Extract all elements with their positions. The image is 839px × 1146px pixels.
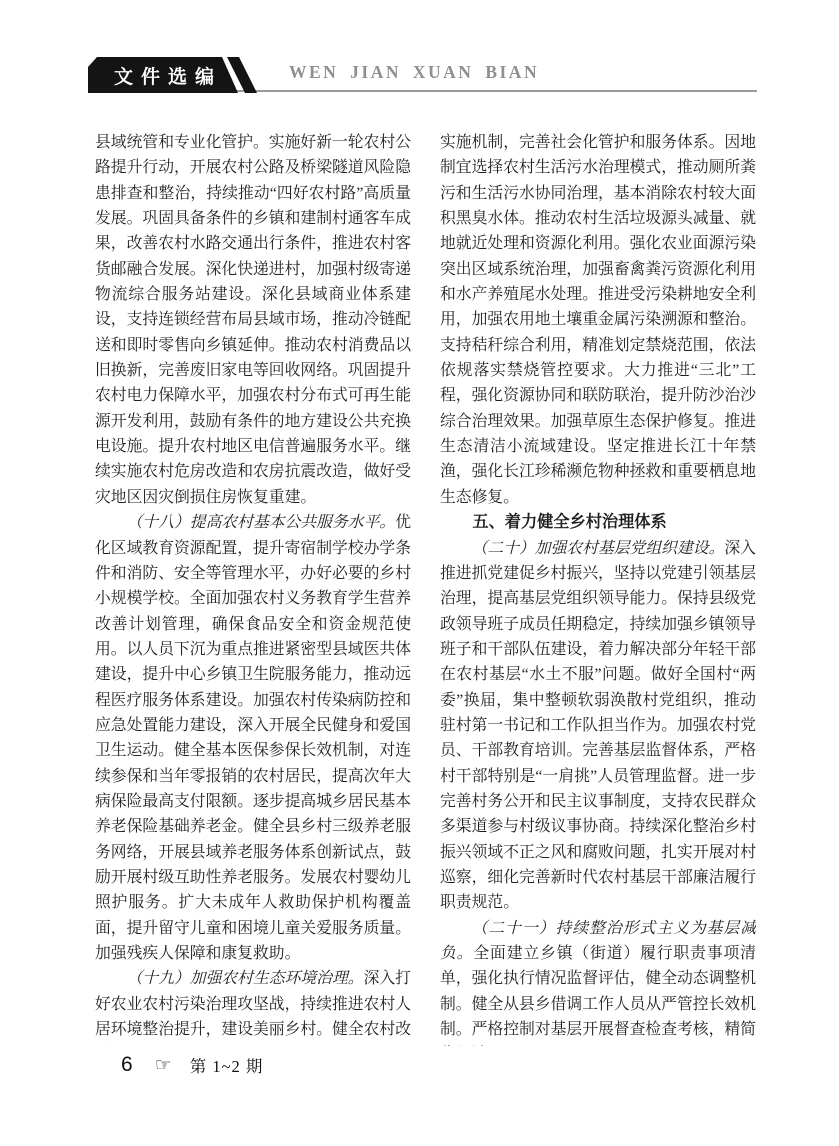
- paragraph-continuation: 县域统管和专业化管护。实施好新一轮农村公路提升行动，开展农村公路及桥梁隧道风险隐…: [95, 130, 411, 510]
- paragraph-body: 实施机制，完善社会化管护和服务体系。因地制宜选择农村生活污水治理模式，推动厕所粪…: [440, 134, 756, 506]
- pointing-hand-icon: ☞: [155, 1054, 172, 1076]
- section-heading-5: 五、着力健全乡村治理体系: [440, 510, 756, 535]
- paragraph-body: 深入推进抓党建促乡村振兴，坚持以党建引领基层治理，提高基层党组织领导能力。保持县…: [440, 540, 756, 912]
- right-column: 实施机制，完善社会化管护和服务体系。因地制宜选择农村生活污水治理模式，推动厕所粪…: [440, 130, 756, 1046]
- paragraph-18: （十八）提高农村基本公共服务水平。优化区域教育资源配置，提升寄宿制学校办学条件和…: [95, 510, 411, 966]
- masthead-pinyin-subtitle: WEN JIAN XUAN BIAN: [289, 62, 539, 83]
- paragraph-21: （二十一）持续整治形式主义为基层减负。全面建立乡镇（街道）履行职责事项清单，强化…: [440, 916, 756, 1046]
- document-page: 文件选编 WEN JIAN XUAN BIAN 县域统管和专业化管护。实施好新一…: [0, 0, 839, 1146]
- paragraph-body: 优化区域教育资源配置，提升寄宿制学校办学条件和消防、安全等管理水平，办好必要的乡…: [95, 514, 411, 962]
- footer: 6 ☞ 第 1~2 期: [121, 1051, 263, 1079]
- issue-label: 第 1~2 期: [190, 1053, 264, 1077]
- masthead-title-box: 文件选编: [88, 57, 238, 93]
- paragraph-body: 全面建立乡镇（街道）履行职责事项清单，强化执行情况监督评估，健全动态调整机制。健…: [440, 945, 756, 1046]
- paragraph-lead: （十八）提高农村基本公共服务水平。: [127, 514, 396, 531]
- page-number: 6: [121, 1053, 133, 1077]
- masthead-title: 文件选编: [104, 62, 222, 89]
- paragraph-body: 县域统管和专业化管护。实施好新一轮农村公路提升行动，开展农村公路及桥梁隧道风险隐…: [95, 134, 411, 506]
- paragraph-lead: （二十）加强农村基层党组织建设。: [472, 540, 725, 557]
- paragraph-lead: （十九）加强农村生态环境治理。: [127, 970, 364, 987]
- left-column: 县域统管和专业化管护。实施好新一轮农村公路提升行动，开展农村公路及桥梁隧道风险隐…: [95, 130, 411, 1046]
- paragraph-19: （十九）加强农村生态环境治理。深入打好农业农村污染治理攻坚战，持续推进农村人居环…: [95, 966, 411, 1046]
- paragraph-20: （二十）加强农村基层党组织建设。深入推进抓党建促乡村振兴，坚持以党建引领基层治理…: [440, 536, 756, 916]
- paragraph-continuation: 实施机制，完善社会化管护和服务体系。因地制宜选择农村生活污水治理模式，推动厕所粪…: [440, 130, 756, 510]
